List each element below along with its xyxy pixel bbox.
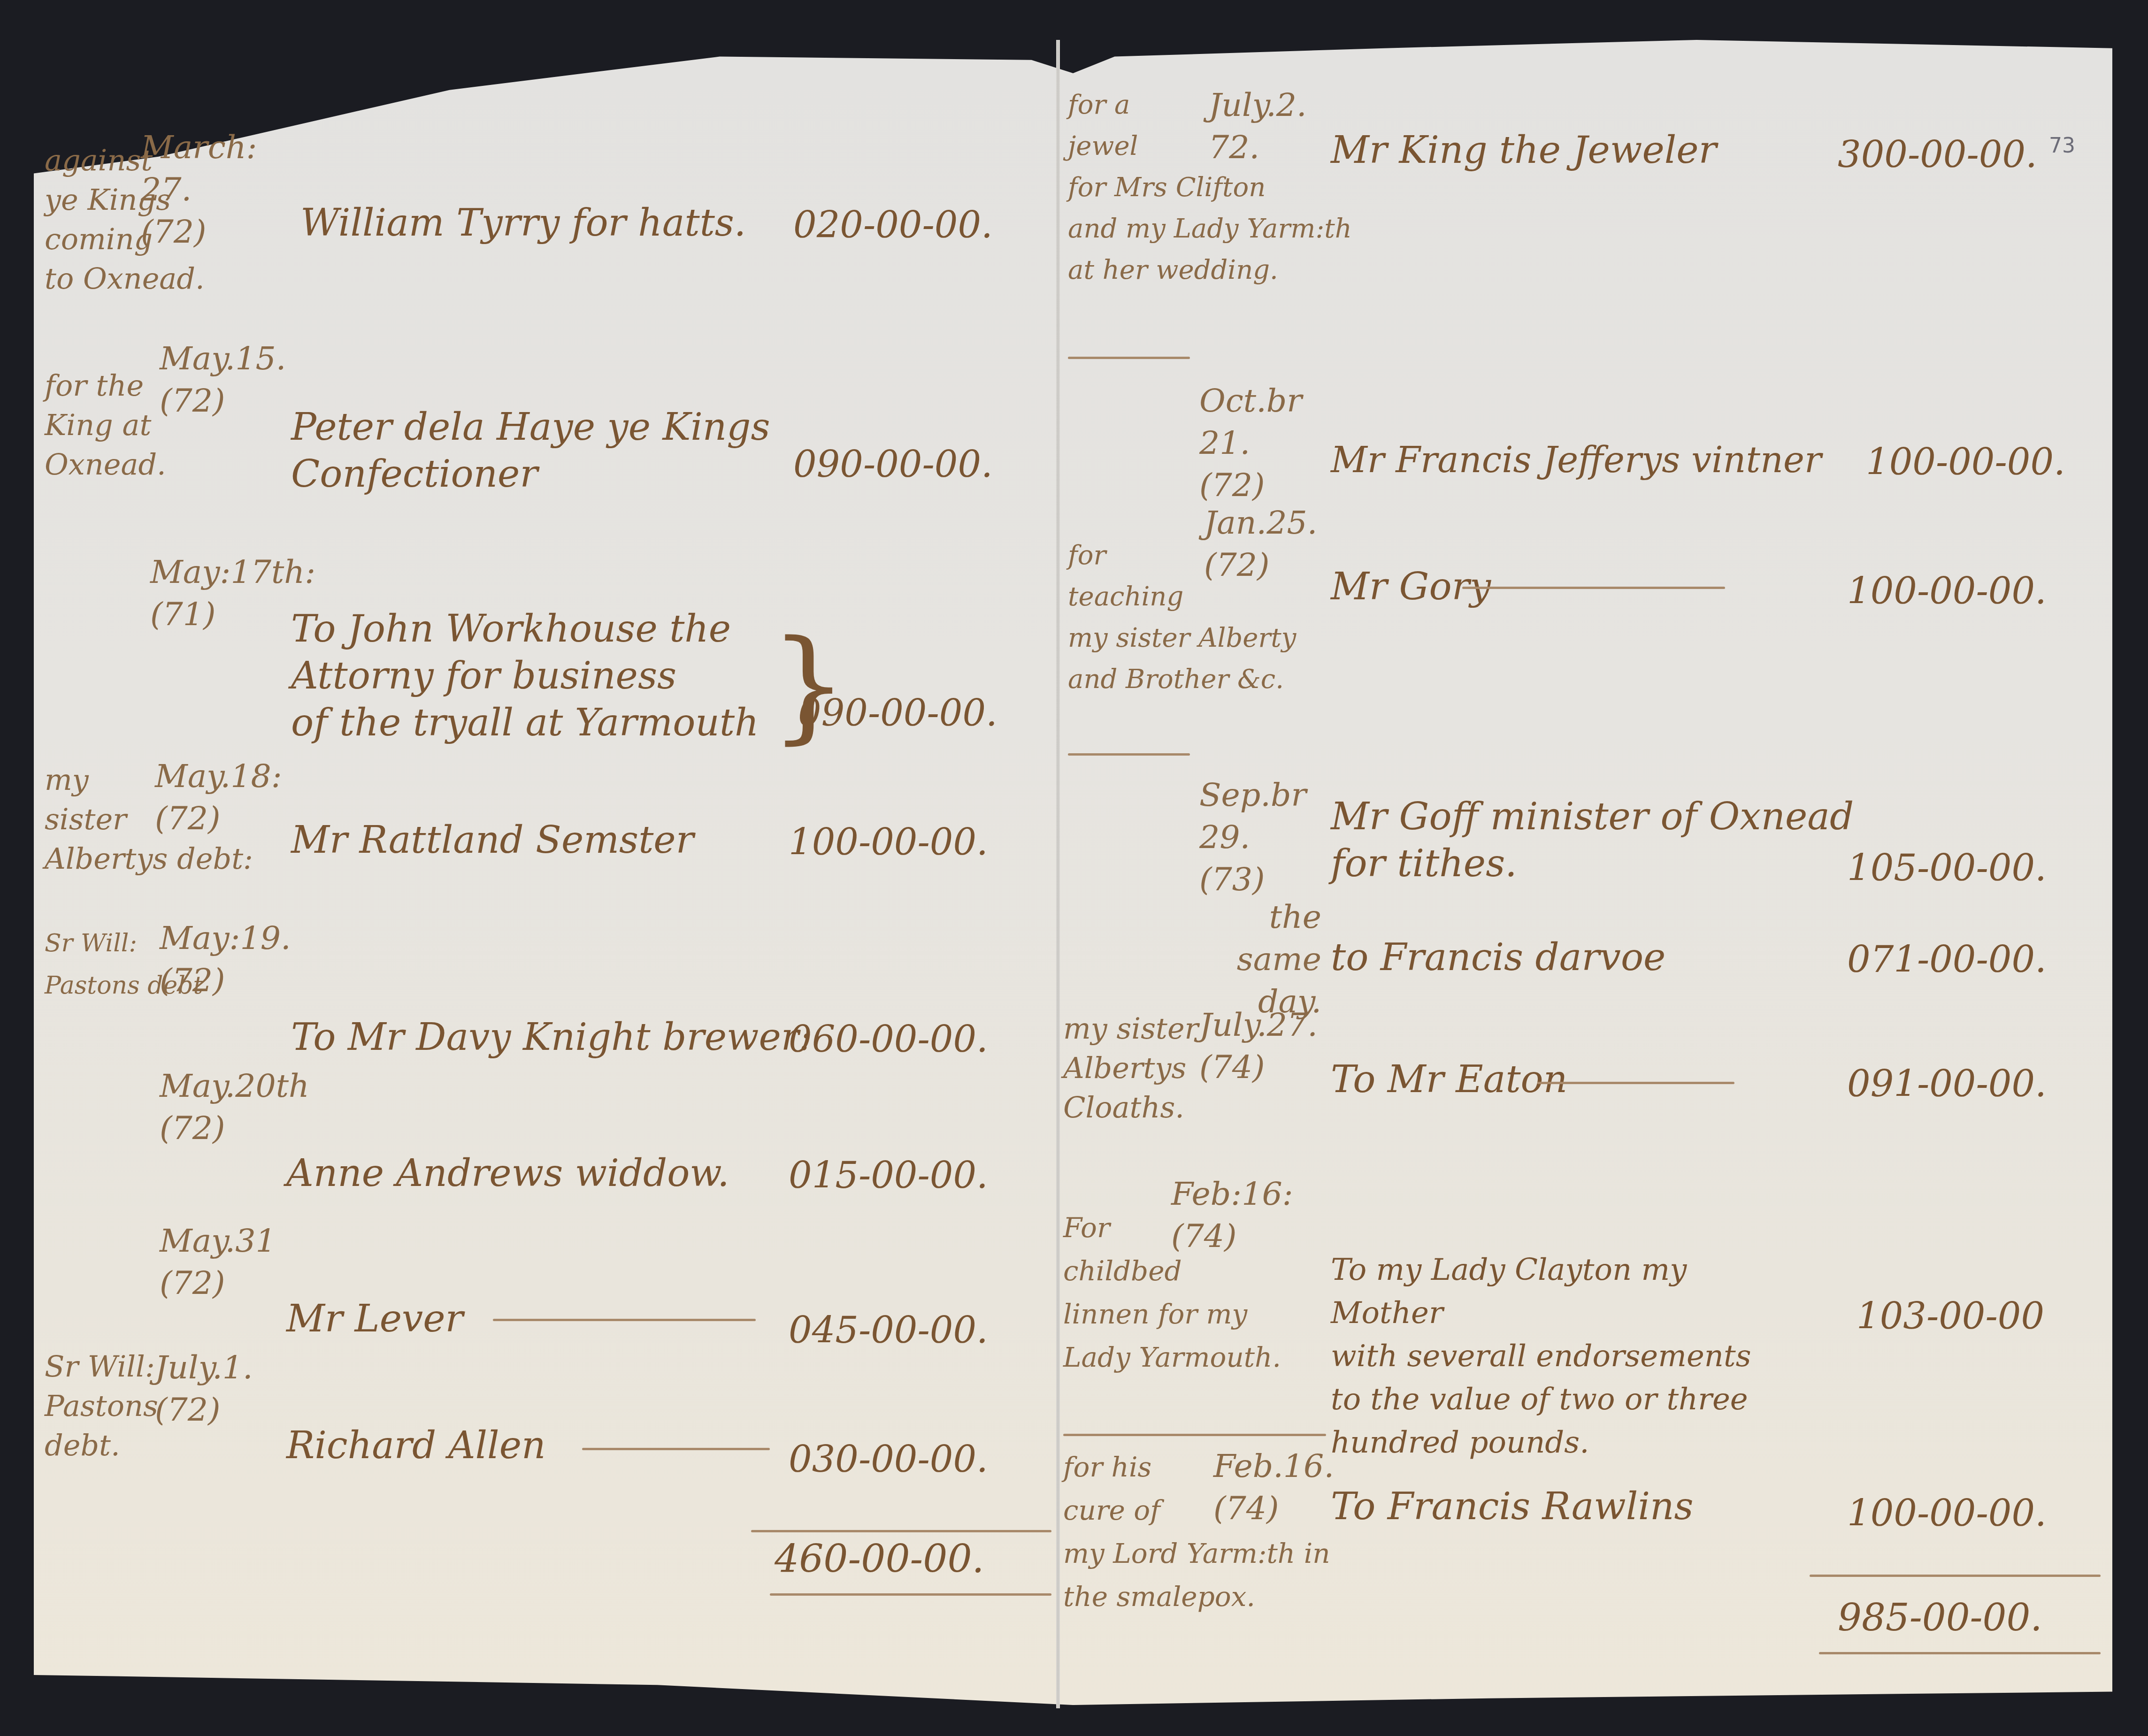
entry-payee: Anne Andrews widdow. <box>286 1150 729 1197</box>
margin-note: Sr Will: Pastons debt. <box>45 1347 158 1465</box>
entry-date: Jan.25. (72) <box>1204 502 1335 587</box>
entry-date: May.31 (72) <box>160 1220 300 1305</box>
entry-amount: 091-00-00. <box>1847 1063 2047 1105</box>
separator-dash <box>1068 357 1190 359</box>
entry-amount: 100-00-00. <box>789 821 988 864</box>
margin-note: for the King at Oxnead. <box>45 366 166 484</box>
entry-payee: To Mr Davy Knight brewer: <box>291 1014 812 1061</box>
left-page: against ye Kings coming to Oxnead. March… <box>0 0 1059 1736</box>
entry-payee: to Francis darvoe <box>1331 934 1665 981</box>
page-total: 985-00-00. <box>1838 1596 2042 1639</box>
page-total: 460-00-00. <box>775 1537 984 1582</box>
entry-date: May:17th: (71) <box>150 551 291 636</box>
entry-amount: 071-00-00. <box>1847 939 2047 981</box>
entry-payee: Mr King the Jeweler <box>1331 127 1717 174</box>
entry-payee: Mr Lever <box>286 1295 463 1342</box>
entry-payee: Mr Rattland Semster <box>291 817 694 864</box>
entry-amount: 100-00-00. <box>1866 441 2065 483</box>
leader-dashes <box>493 1319 756 1321</box>
total-rule-bottom <box>770 1593 1051 1596</box>
entry-amount: 060-00-00. <box>789 1018 988 1061</box>
entry-amount: 100-00-00. <box>1847 570 2047 612</box>
entry-payee: William Tyrry for hatts. <box>300 199 746 246</box>
separator-dash <box>1068 753 1190 756</box>
margin-note: my sister Albertys Cloaths. <box>1063 1009 1198 1127</box>
entry-payee: Mr Goff minister of Oxnead for tithes. <box>1331 793 1854 887</box>
total-rule-top <box>1810 1575 2101 1577</box>
entry-date: May.15. (72) <box>160 338 282 422</box>
entry-amount: 090-00-00. <box>793 444 993 486</box>
entry-amount: 300-00-00. <box>1838 134 2037 176</box>
right-page: 73 for a jewel for Mrs Clifton and my La… <box>1059 0 2148 1736</box>
entry-amount: 030-00-00. <box>789 1438 988 1481</box>
entry-date: May.18: (72) <box>155 756 296 840</box>
entry-amount: 045-00-00. <box>789 1309 988 1352</box>
entry-payee: Mr Francis Jefferys vintner <box>1331 436 1821 483</box>
entry-payee: To my Lady Clayton my Mother with severa… <box>1331 1248 1751 1464</box>
entry-date: Feb.16. (74) <box>1213 1445 1345 1530</box>
entry-payee: To Francis Rawlins <box>1331 1483 1694 1530</box>
separator-rule <box>1063 1434 1326 1436</box>
entry-payee: To John Workhouse the Attorny for busine… <box>291 605 759 746</box>
entry-payee: To Mr Eaton <box>1331 1056 1567 1103</box>
entry-amount: 020-00-00. <box>793 204 993 246</box>
leader-dashes <box>1462 587 1725 589</box>
entry-amount: 090-00-00. <box>798 692 997 734</box>
leader-dashes <box>1537 1082 1734 1084</box>
entry-amount: 015-00-00. <box>789 1155 988 1197</box>
entry-date: Sep.br 29. (73) <box>1199 774 1340 901</box>
entry-payee: Peter dela Haye ye Kings Confectioner <box>291 404 770 497</box>
entry-date: May.20th (72) <box>160 1065 300 1150</box>
total-rule-top <box>751 1530 1051 1532</box>
entry-amount: 103-00-00 <box>1856 1295 2044 1338</box>
folio-number: 73 <box>2049 134 2075 158</box>
entry-amount: 105-00-00. <box>1847 847 2047 889</box>
leader-dashes <box>582 1448 770 1450</box>
entry-date: July.1. (72) <box>155 1347 296 1431</box>
entry-date: March: 27. (72) <box>141 127 272 253</box>
entry-date: Oct.br 21. (72) <box>1199 380 1340 507</box>
entry-date: May:19. (72) <box>160 918 300 1002</box>
total-rule-bottom <box>1819 1652 2101 1654</box>
entry-date: July.2. 72. <box>1209 84 1321 169</box>
entry-amount: 100-00-00. <box>1847 1492 2047 1535</box>
entry-date: July.27. (74) <box>1199 1004 1340 1089</box>
entry-payee: Richard Allen <box>286 1422 546 1469</box>
entry-date: Feb:16: (74) <box>1171 1173 1340 1258</box>
